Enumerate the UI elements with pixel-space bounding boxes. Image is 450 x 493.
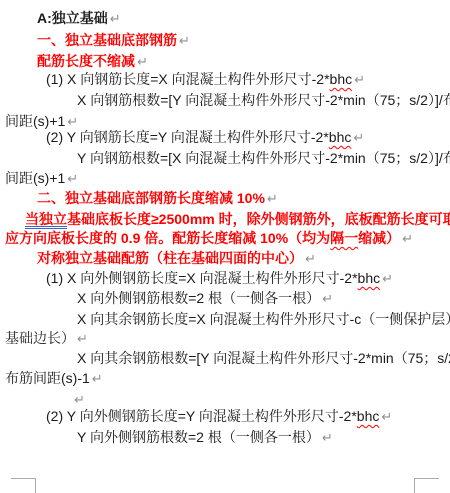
text-line[interactable]: X 向外侧钢筋根数=2 根（一侧各一根）↵ (77, 290, 333, 307)
spellcheck-flagged-text: bhc (329, 129, 352, 145)
text-segment: 基础底板长度≥2500mm 时，除外侧钢筋外，底板配筋长度可取相 (67, 211, 450, 227)
text-line[interactable]: 一、独立基础底部钢筋↵ (37, 32, 190, 49)
paragraph-mark-icon: ↵ (381, 409, 392, 424)
text-segment: (2) Y 向钢筋长度=Y 向混凝土构件外形尺寸-2* (46, 129, 329, 145)
paragraph-mark-icon: ↵ (67, 114, 78, 129)
text-segment: X 向其余钢筋根数=[Y 向混凝土构件外形尺寸-2*min（75；s/2）]/ (77, 350, 450, 366)
grammar-flagged-text: 当独立 (25, 211, 67, 227)
text-segment: 基础边长） (5, 330, 75, 346)
text-segment: 间距(s)+1 (5, 170, 65, 186)
text-line[interactable]: X 向钢筋根数=[Y 向混凝土构件外形尺寸-2*min（75；s/2）]/布筋 (77, 92, 450, 109)
text-segment: (1) X 向外侧钢筋长度=X 向混凝土构件外形尺寸-2* (46, 270, 358, 286)
text-segment: A:独立基础 (37, 10, 108, 26)
text-segment: 应方向底板长度的 0.9 倍。配筋长度缩减 10%（均为 (5, 230, 330, 246)
text-line[interactable]: 布筋间距(s)-1↵ (5, 370, 103, 387)
text-line[interactable]: 配筋长度不缩减↵ (37, 53, 148, 70)
spellcheck-flagged-text: bhc (358, 270, 381, 286)
paragraph-mark-icon: ↵ (77, 331, 88, 346)
text-line[interactable]: X 向其余钢筋根数=[Y 向混凝土构件外形尺寸-2*min（75；s/2）]/ (77, 350, 450, 367)
text-segment: Y 向外侧钢筋根数=2 根（一侧各一根） (77, 429, 320, 445)
text-line[interactable]: (2) Y 向钢筋长度=Y 向混凝土构件外形尺寸-2*bhc↵ (46, 129, 364, 146)
text-segment: (1) X 向钢筋长度=X 向混凝土构件外形尺寸-2* (46, 71, 330, 87)
paragraph-mark-icon: ↵ (353, 130, 364, 145)
text-segment: 缩减） (358, 230, 400, 246)
text-line[interactable]: 应方向底板长度的 0.9 倍。配筋长度缩减 10%（均为隔一缩减）↵ (5, 230, 413, 247)
text-boundary-corner-mark-right (414, 478, 439, 493)
paragraph-mark-icon: ↵ (322, 291, 333, 306)
text-segment: X 向外侧钢筋根数=2 根（一侧各一根） (77, 290, 320, 306)
text-line[interactable]: (1) X 向外侧钢筋长度=X 向混凝土构件外形尺寸-2*bhc↵ (46, 270, 393, 287)
paragraph-mark-icon: ↵ (67, 171, 78, 186)
spellcheck-flagged-text: bhc (330, 71, 353, 87)
paragraph-mark-icon: ↵ (382, 271, 393, 286)
text-line[interactable]: Y 向外侧钢筋根数=2 根（一侧各一根）↵ (77, 429, 333, 446)
paragraph-mark-icon: ↵ (402, 231, 413, 246)
text-segment: 二、独立基础底部钢筋长度缩减 10% (37, 190, 265, 206)
paragraph-mark-icon: ↵ (110, 11, 121, 26)
text-line[interactable]: 二、独立基础底部钢筋长度缩减 10%↵ (37, 190, 278, 207)
paragraph-mark-icon: ↵ (322, 430, 333, 445)
text-segment: 配筋长度不缩减 (37, 53, 135, 69)
document-page[interactable]: A:独立基础↵一、独立基础底部钢筋↵配筋长度不缩减↵(1) X 向钢筋长度=X … (0, 0, 450, 493)
text-segment: Y 向钢筋根数=[X 向混凝土构件外形尺寸-2*min（75；s/2）]/布筋 (77, 150, 450, 166)
spellcheck-flagged-text: bhc (357, 408, 380, 424)
text-segment: 间距(s)+1 (5, 113, 65, 129)
text-boundary-corner-mark-left (11, 478, 36, 493)
text-line[interactable]: (1) X 向钢筋长度=X 向混凝土构件外形尺寸-2*bhc↵ (46, 71, 365, 88)
text-segment: 一、独立基础底部钢筋 (37, 32, 177, 48)
text-segment: (2) Y 向外侧钢筋长度=Y 向混凝土构件外形尺寸-2* (46, 408, 357, 424)
text-segment: 布筋间距(s)-1 (5, 370, 90, 386)
paragraph-mark-icon: ↵ (137, 54, 148, 69)
text-line[interactable]: (2) Y 向外侧钢筋长度=Y 向混凝土构件外形尺寸-2*bhc↵ (46, 408, 392, 425)
text-segment: X 向其余钢筋长度=X 向混凝土构件外形尺寸-c（一侧保护层）-（0.1* (77, 311, 450, 327)
text-line[interactable]: X 向其余钢筋长度=X 向混凝土构件外形尺寸-c（一侧保护层）-（0.1* (77, 311, 450, 328)
text-line[interactable]: Y 向钢筋根数=[X 向混凝土构件外形尺寸-2*min（75；s/2）]/布筋 (77, 150, 450, 167)
spellcheck-flagged-text: 隔一 (330, 230, 358, 246)
paragraph-mark-icon: ↵ (179, 33, 190, 48)
paragraph-mark-icon: ↵ (74, 392, 85, 407)
paragraph-mark-icon: ↵ (267, 191, 278, 206)
text-line[interactable]: 当独立基础底板长度≥2500mm 时，除外侧钢筋外，底板配筋长度可取相 (25, 211, 450, 228)
paragraph-mark-icon: ↵ (305, 251, 316, 266)
text-line[interactable]: A:独立基础↵ (37, 10, 121, 27)
paragraph-mark-icon: ↵ (92, 371, 103, 386)
text-segment: 对称独立基础配筋（柱在基础四面的中心） (37, 250, 303, 266)
text-line[interactable]: 间距(s)+1↵ (5, 113, 78, 130)
text-line[interactable]: 间距(s)+1↵ (5, 170, 78, 187)
paragraph-mark-icon: ↵ (354, 72, 365, 87)
text-line[interactable]: 基础边长）↵ (5, 330, 88, 347)
text-line[interactable]: 对称独立基础配筋（柱在基础四面的中心）↵ (37, 250, 316, 267)
text-segment: X 向钢筋根数=[Y 向混凝土构件外形尺寸-2*min（75；s/2）]/布筋 (77, 92, 450, 108)
text-line[interactable]: ↵ (72, 391, 85, 408)
